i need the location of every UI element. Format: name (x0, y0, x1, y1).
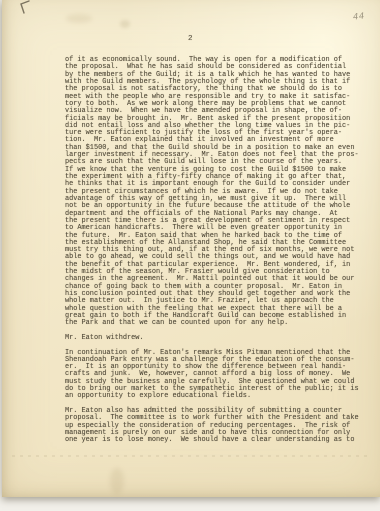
scan-backdrop: 44 2 of it as economically sound. The wa… (0, 0, 380, 511)
paragraph-eaton-withdrew: Mr. Eaton withdrew. (65, 335, 365, 342)
corner-fold-mark (17, 0, 33, 23)
document-page: 44 2 of it as economically sound. The wa… (2, 0, 380, 497)
paragraph-pitman-remarks: In continuation of Mr. Eaton's remarks M… (65, 350, 365, 401)
faint-type-impression (12, 455, 368, 457)
paragraph-counter-proposal: Mr. Eaton also has admitted the possibil… (65, 408, 365, 445)
paper-stain (120, 20, 130, 28)
page-number: 2 (188, 35, 193, 43)
paragraph-guild-proposal: of it as economically sound. The way is … (65, 57, 365, 328)
paper-stain (110, 468, 124, 494)
paper-stain (66, 14, 92, 23)
handwritten-page-annotation: 44 (353, 11, 366, 22)
document-body: of it as economically sound. The way is … (65, 57, 365, 452)
